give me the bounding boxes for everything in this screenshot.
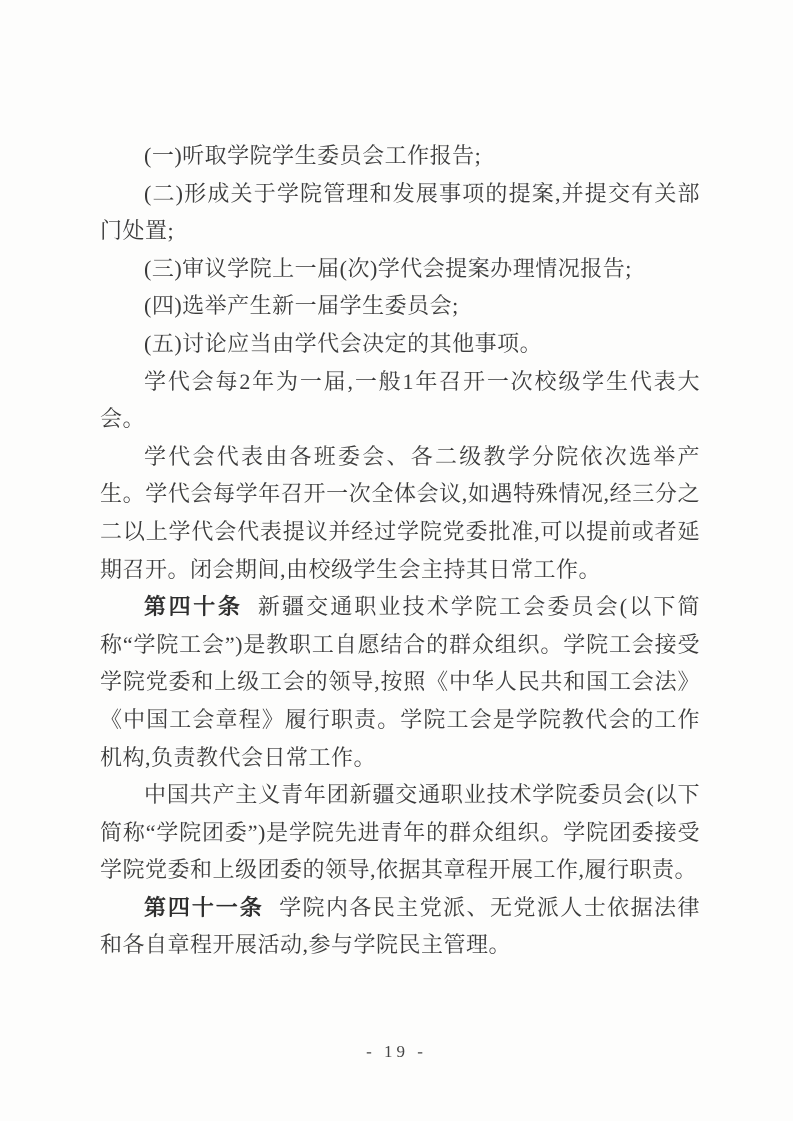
paragraph: (五)讨论应当由学代会决定的其他事项。 xyxy=(100,325,700,363)
paragraph-text: 学代会代表由各班委会、各二级教学分院依次选举产生。学代会每学年召开一次全体会议,… xyxy=(100,444,700,582)
paragraph-text: (四)选举产生新一届学生委员会; xyxy=(144,293,459,318)
article-number: 第四十一条 xyxy=(144,895,264,920)
paragraph: 中国共产主义青年团新疆交通职业技术学院委员会(以下简称“学院团委”)是学院先进青… xyxy=(100,776,700,889)
page-number: - 19 - xyxy=(0,1042,793,1062)
paragraph: 学代会代表由各班委会、各二级教学分院依次选举产生。学代会每学年召开一次全体会议,… xyxy=(100,438,700,588)
document-page: (一)听取学院学生委员会工作报告;(二)形成关于学院管理和发展事项的提案,并提交… xyxy=(0,0,793,1121)
document-body: (一)听取学院学生委员会工作报告;(二)形成关于学院管理和发展事项的提案,并提交… xyxy=(100,137,700,964)
paragraph-text: (一)听取学院学生委员会工作报告; xyxy=(144,143,481,168)
article-paragraph: 第四十一条学院内各民主党派、无党派人士依据法律和各自章程开展活动,参与学院民主管… xyxy=(100,889,700,964)
paragraph: (二)形成关于学院管理和发展事项的提案,并提交有关部门处置; xyxy=(100,175,700,250)
paragraph: (三)审议学院上一届(次)学代会提案办理情况报告; xyxy=(100,250,700,288)
paragraph-text: (二)形成关于学院管理和发展事项的提案,并提交有关部门处置; xyxy=(100,181,700,244)
paragraph: (四)选举产生新一届学生委员会; xyxy=(100,287,700,325)
paragraph: (一)听取学院学生委员会工作报告; xyxy=(100,137,700,175)
article-number: 第四十条 xyxy=(144,594,243,619)
paragraph: 学代会每2年为一届,一般1年召开一次校级学生代表大会。 xyxy=(100,363,700,438)
paragraph-text: (五)讨论应当由学代会决定的其他事项。 xyxy=(144,331,542,356)
paragraph-text: 中国共产主义青年团新疆交通职业技术学院委员会(以下简称“学院团委”)是学院先进青… xyxy=(100,782,700,882)
article-paragraph: 第四十条新疆交通职业技术学院工会委员会(以下简称“学院工会”)是教职工自愿结合的… xyxy=(100,588,700,776)
paragraph-text: 新疆交通职业技术学院工会委员会(以下简称“学院工会”)是教职工自愿结合的群众组织… xyxy=(100,594,700,769)
paragraph-text: (三)审议学院上一届(次)学代会提案办理情况报告; xyxy=(144,256,632,281)
paragraph-text: 学代会每2年为一届,一般1年召开一次校级学生代表大会。 xyxy=(100,369,700,432)
